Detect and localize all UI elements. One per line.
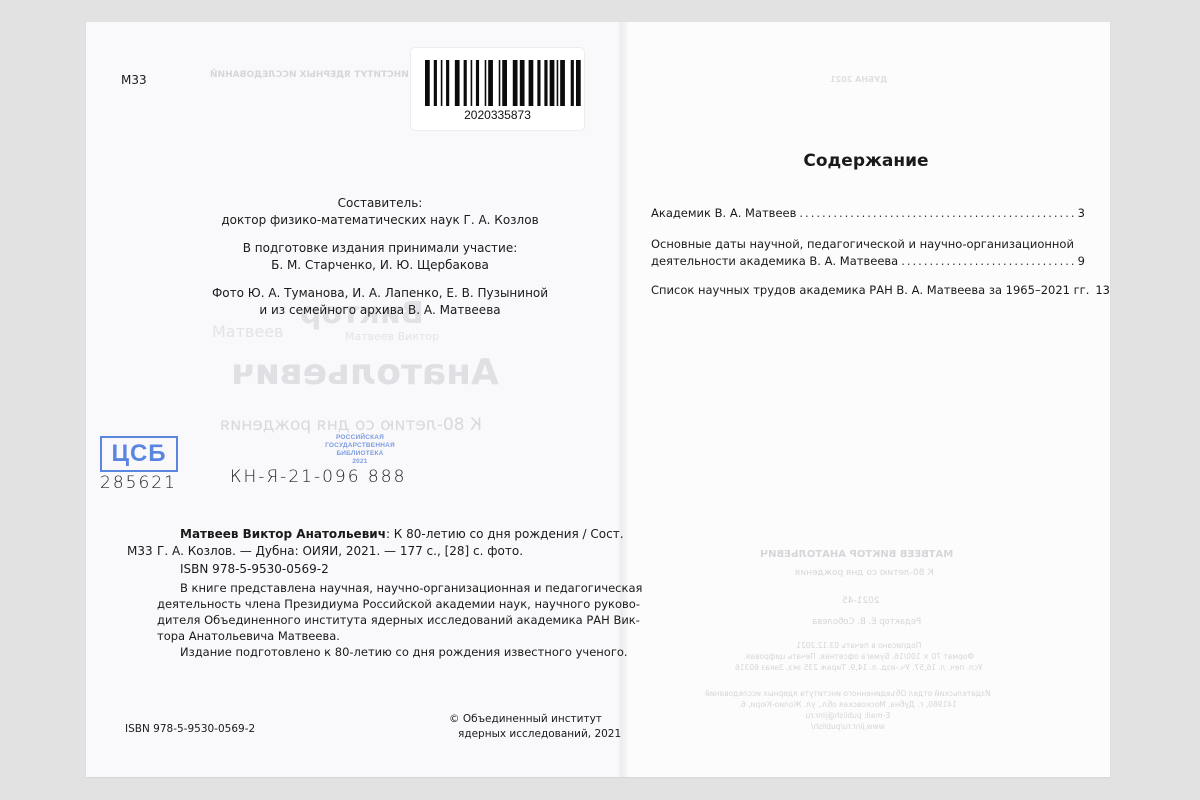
toc-item[interactable]: Основные даты научной, педагогической и … [651,236,1085,270]
toc-title: Содержание [622,151,1110,171]
book-title: : К 80-летию со дня рождения / Сост. [386,527,624,541]
bibliographic-code: М33 [127,543,153,559]
toc-item[interactable]: Список научных трудов академика РАН В. А… [651,282,1085,299]
stamp-line: РОССИЙСКАЯ [300,434,420,442]
annotation: В книге представлена научная, научно-орг… [157,580,617,660]
toc-item-title-line1: Основные даты научной, педагогической и … [651,236,1085,253]
annotation-line: Издание подготовлено к 80-летию со дня р… [157,644,617,660]
photo-credits-line2: и из семейного архива В. А. Матвеева [190,302,570,318]
toc-item-title: Список научных трудов академика РАН В. А… [651,282,1089,299]
shelf-mark: КН-Я-21-096 888 [230,467,406,487]
compiler-label: Составитель: [190,195,570,211]
footer-isbn: ISBN 978-5-9530-0569-2 [125,723,255,735]
bibliographic-entry-line2: Г. А. Козлов. — Дубна: ОИЯИ, 2021. — 177… [157,543,523,559]
photo-credits-line1: Фото Ю. А. Туманова, И. А. Лапенко, Е. В… [190,285,570,301]
rsl-library-stamp: РОССИЙСКАЯ ГОСУДАРСТВЕННАЯ БИБЛИОТЕКА 20… [300,434,420,466]
stamp-line: БИБЛИОТЕКА [300,450,420,458]
author-name: Матвеев Виктор Анатольевич [180,527,386,541]
left-page [86,22,622,777]
toc-item-title: Академик В. А. Матвеев [651,205,796,222]
participants-label: В подготовке издания принимали участие: [190,240,570,256]
barcode-icon [425,60,583,106]
copyright-line1: © Объединенный институт [449,712,602,726]
copyright-line2: ядерных исследований, 2021 [458,727,621,741]
annotation-line: тора Анатольевича Матвеева. [157,628,617,644]
toc-item-page: 3 [1078,205,1085,222]
participants-names: Б. М. Старченко, И. Ю. Щербакова [190,257,570,273]
stamp-line: 2021 [300,458,420,466]
barcode-number: 2020335873 [411,108,584,122]
toc-item-page: 9 [1078,253,1085,270]
annotation-line: деятельность члена Президиума Российской… [157,596,617,612]
classification-code: М33 [121,72,147,88]
barcode-sticker: 2020335873 [411,48,584,130]
toc-item-title: деятельности академика В. А. Матвеева [651,253,898,270]
stamp-line: ГОСУДАРСТВЕННАЯ [300,442,420,450]
toc-item-page: 13 [1095,282,1110,299]
isbn-record: ISBN 978-5-9530-0569-2 [180,561,329,577]
right-page [622,22,1110,777]
toc-leader-dots [799,205,1074,222]
toc-item[interactable]: Академик В. А. Матвеев 3 [651,205,1085,222]
bibliographic-entry-line1: Матвеев Виктор Анатольевич: К 80-летию с… [180,526,624,542]
compiler-name: доктор физико-математических наук Г. А. … [190,212,570,228]
annotation-line: В книге представлена научная, научно-орг… [157,580,617,596]
toc-leader-dots [901,253,1074,270]
inventory-number: 285621 [100,473,177,493]
annotation-line: дителя Объединенного института ядерных и… [157,612,617,628]
book-gutter [618,22,628,777]
csb-library-stamp: ЦСБ [100,436,178,472]
